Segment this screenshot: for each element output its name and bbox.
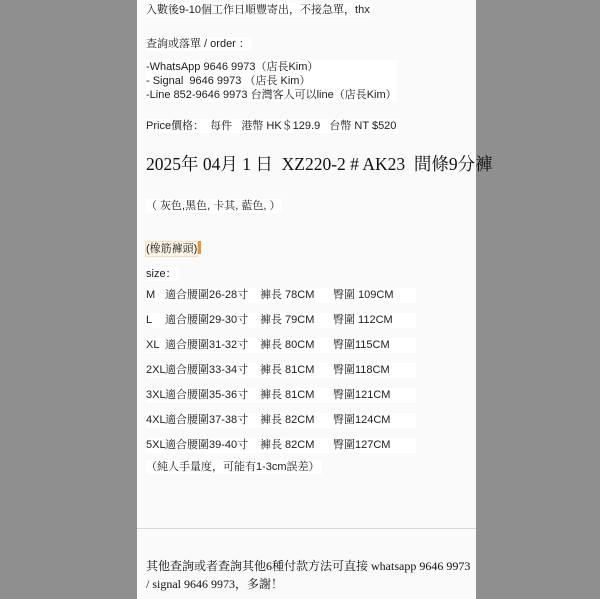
size-hip: 臀圍121CM [333,388,390,403]
size-length: 褲長 82CM [260,438,333,453]
order-heading: 查詢或落單 / order ： [146,37,252,52]
size-length: 褲長 81CM [260,388,333,403]
text-caret [198,241,201,254]
color-options: （ 灰色,黑色, 卡其, 藍色, ） [146,199,282,214]
size-waist: 適合腰圍26-28寸 [165,288,260,303]
measurement-note: （純人手量度，可能有1-3cm誤差） [146,460,322,475]
size-hip: 臀圍 112CM [333,313,393,328]
measurement-note-text: （純人手量度，可能有1-3cm誤差） [146,460,322,474]
size-length: 褲長 82CM [260,413,333,428]
size-row: 4XL 適合腰圍37-38寸 褲長 82CM 臀圍124CM [146,413,416,428]
contact-list: -WhatsApp 9646 9973（店長Kim） - Signal 9646… [146,60,397,102]
shipping-note-text: 入數後9-10個工作日順豐寄出，不接急單，thx [146,3,372,17]
contact-whatsapp: -WhatsApp 9646 9973（店長Kim） [146,60,397,74]
size-label: 5XL [146,438,165,453]
size-hip: 臀圍127CM [333,438,390,453]
size-waist: 適合腰圍37-38寸 [165,413,260,428]
size-waist: 適合腰圍29-30寸 [165,313,260,328]
size-table: M 適合腰圍26-28寸 褲長 78CM 臀圍 109CM L 適合腰圍29-3… [146,288,416,463]
shipping-note: 入數後9-10個工作日順豐寄出，不接急單，thx [146,3,372,18]
size-length: 褲長 78CM [260,288,333,303]
size-row: XL 適合腰圍31-32寸 褲長 80CM 臀圍115CM [146,338,416,353]
footer-contact-note: 其他查詢或者查詢其他6種付款方法可直接 whatsapp 9646 9973 /… [146,558,472,593]
size-hip: 臀圍118CM [333,363,390,378]
email-content: 入數後9-10個工作日順豐寄出，不接急單，thx 查詢或落單 / order ：… [137,0,476,599]
contact-line-app: -Line 852-9646 9973 台灣客人可以line（店長Kim） [146,88,397,102]
waistband-note: (橡筋褲頭) [146,241,201,257]
content-divider [137,528,476,529]
size-waist: 適合腰圍39-40寸 [165,438,260,453]
size-label: 4XL [146,413,165,428]
size-length: 褲長 80CM [260,338,333,353]
size-hip: 臀圍124CM [333,413,390,428]
size-row: 3XL 適合腰圍35-36寸 褲長 81CM 臀圍121CM [146,388,416,403]
size-row: M 適合腰圍26-28寸 褲長 78CM 臀圍 109CM [146,288,416,303]
size-hip: 臀圍 109CM [333,288,394,303]
size-label: 3XL [146,388,165,403]
size-length: 褲長 79CM [260,313,333,328]
size-length: 褲長 81CM [260,363,333,378]
price-line: Price價格： 每件 港幣 HK＄129.9 台幣 NT $520 [146,119,398,134]
size-heading: size： [146,267,179,282]
contact-signal: - Signal 9646 9973 （店長 Kim） [146,74,397,88]
size-row: 5XL 適合腰圍39-40寸 褲長 82CM 臀圍127CM [146,438,416,453]
size-waist: 適合腰圍33-34寸 [165,363,260,378]
color-options-text: （ 灰色,黑色, 卡其, 藍色, ） [146,199,282,213]
size-waist: 適合腰圍35-36寸 [165,388,260,403]
waistband-note-text: (橡筋褲頭) [146,242,197,256]
size-label: M [146,288,165,303]
order-heading-text: 查詢或落單 / order ： [146,37,252,51]
product-title: 2025年 04月 1 日 XZ220-2 # AK23 間條9分褲 [146,151,493,176]
size-row: L 適合腰圍29-30寸 褲長 79CM 臀圍 112CM [146,313,416,328]
price-line-text: Price價格： 每件 港幣 HK＄129.9 台幣 NT $520 [146,119,398,133]
size-label: XL [146,338,165,353]
page-background: 入數後9-10個工作日順豐寄出，不接急單，thx 查詢或落單 / order ：… [0,0,600,599]
size-heading-text: size： [146,267,179,281]
size-label: L [146,313,165,328]
size-hip: 臀圍115CM [333,338,390,353]
size-waist: 適合腰圍31-32寸 [165,338,260,353]
size-row: 2XL 適合腰圍33-34寸 褲長 81CM 臀圍118CM [146,363,416,378]
size-label: 2XL [146,363,165,378]
